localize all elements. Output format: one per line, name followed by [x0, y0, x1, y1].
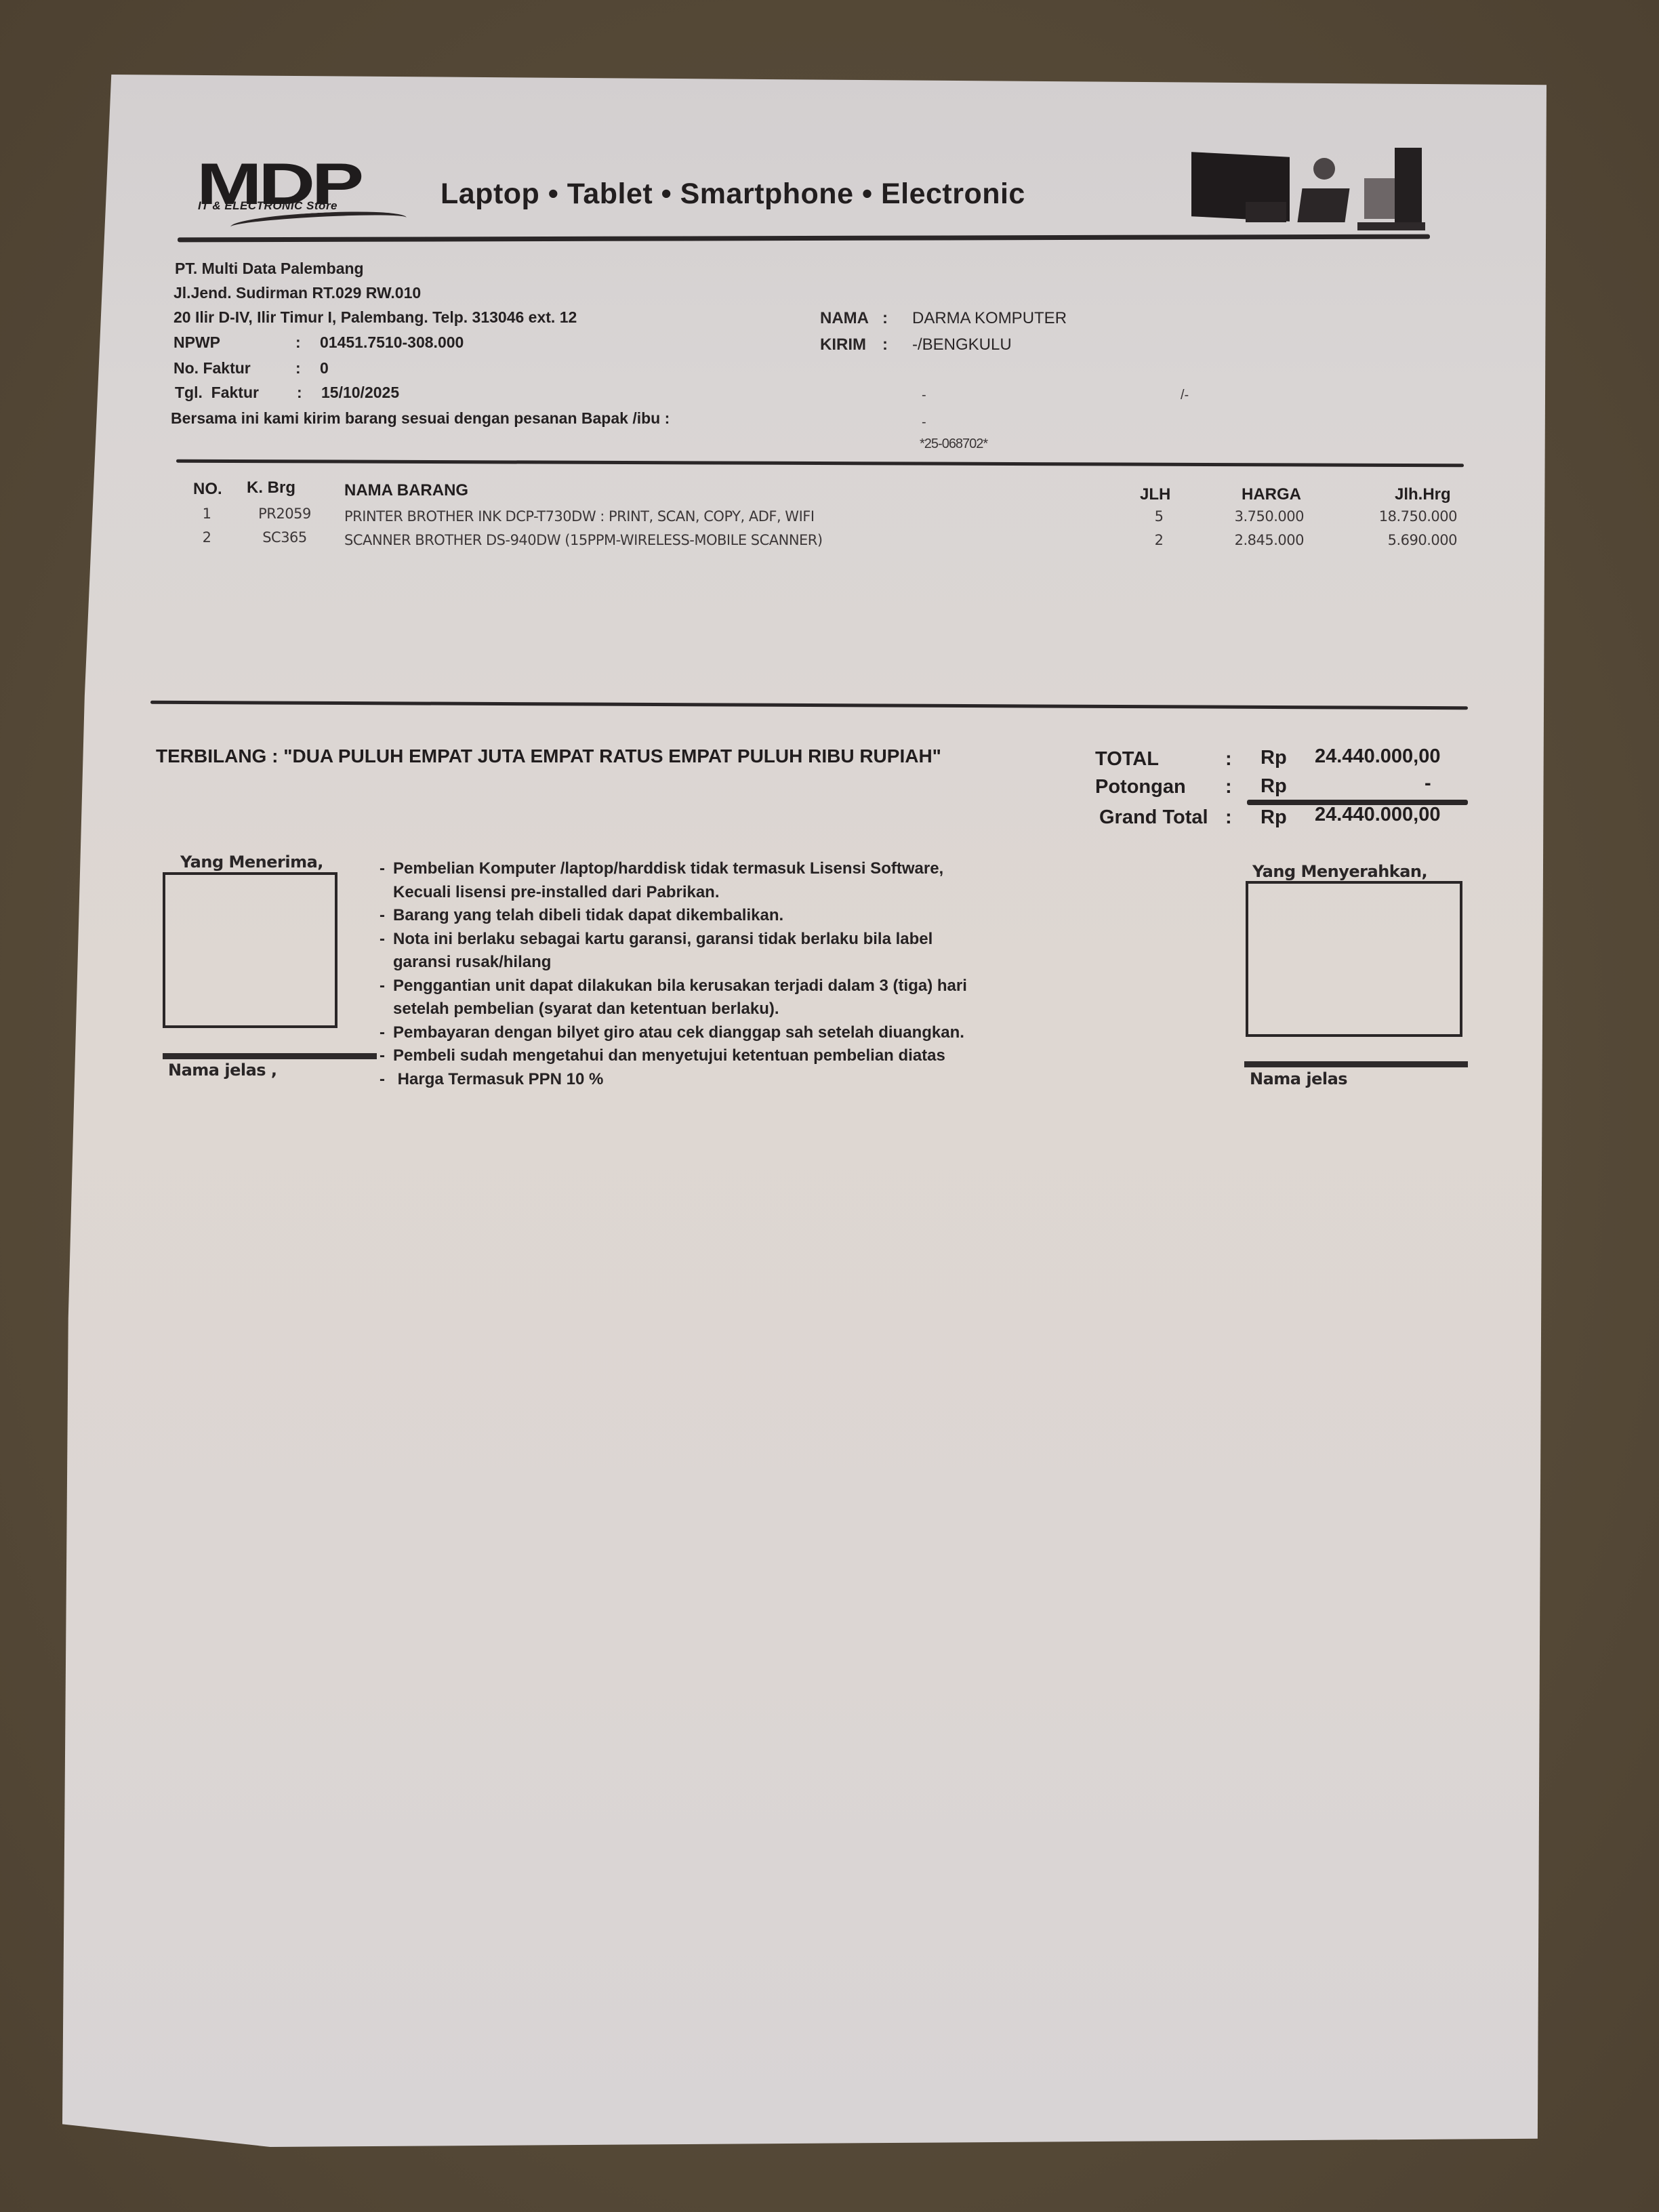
faktur-number-label: No. Faktur [173, 359, 295, 377]
cell-nama: SCANNER BROTHER DS-940DW (15PPM-WIRELESS… [344, 532, 823, 548]
faktur-number-colon: : [295, 359, 320, 377]
store-logo: MDP IT & ELECTRONIC Store [197, 157, 413, 228]
cell-nama: PRINTER BROTHER INK DCP-T730DW : PRINT, … [344, 508, 815, 525]
giver-label: Yang Menyerahkan, [1252, 862, 1427, 881]
printer-icon [1297, 188, 1349, 222]
grand-total-currency: Rp [1261, 806, 1287, 829]
grand-total-colon: : [1225, 806, 1232, 829]
globe-icon [1313, 158, 1335, 180]
col-header-kode: K. Brg [247, 478, 295, 497]
term-item: Pembeli sudah mengetahui dan menyetujui … [380, 1044, 1044, 1068]
term-line: Pembayaran dengan bilyet giro atau cek d… [393, 1021, 1044, 1045]
term-item: Harga Termasuk PPN 10 % [380, 1068, 1044, 1092]
term-item: Pembayaran dengan bilyet giro atau cek d… [380, 1021, 1044, 1045]
discount-label: Potongan [1095, 776, 1186, 798]
products-base-shape [1357, 222, 1425, 230]
cell-harga: 3.750.000 [1206, 508, 1304, 525]
col-header-nama: NAMA BARANG [344, 481, 468, 500]
products-illustration-icon [1191, 148, 1422, 236]
ship-to-label: KIRIM [820, 335, 882, 354]
customer-line4: - [922, 415, 926, 430]
cell-kode: PR2059 [251, 506, 319, 522]
discount-colon: : [1225, 776, 1232, 798]
faktur-date-colon: : [297, 384, 321, 402]
faktur-number-value: 0 [320, 359, 329, 377]
term-line-continued: garansi rusak/hilang [393, 951, 1044, 975]
intro-text: Bersama ini kami kirim barang sesuai den… [171, 409, 670, 428]
cell-jlh: 2 [1145, 532, 1172, 548]
faktur-date-row: Tgl. Faktur:15/10/2025 [175, 384, 399, 402]
giver-signature-box[interactable] [1246, 881, 1462, 1037]
term-line: Barang yang telah dibeli tidak dapat dik… [393, 904, 1044, 928]
term-item: Penggantian unit dapat dilakukan bila ke… [380, 975, 1044, 1021]
npwp-label: NPWP [173, 333, 295, 352]
term-line: Nota ini berlaku sebagai kartu garansi, … [393, 928, 1044, 951]
discount-currency: Rp [1261, 775, 1287, 798]
customer-name-label: NAMA [820, 309, 882, 328]
receiver-name-line [163, 1053, 377, 1059]
amount-in-words: TERBILANG : "DUA PULUH EMPAT JUTA EMPAT … [156, 745, 941, 767]
faktur-date-label: Tgl. Faktur [175, 384, 297, 402]
npwp-colon: : [295, 333, 320, 352]
cell-no: 1 [197, 506, 217, 522]
tv-stand-shape [1246, 202, 1286, 222]
total-label: TOTAL [1095, 748, 1159, 771]
col-header-jlh: JLH [1140, 485, 1170, 504]
term-item: Nota ini berlaku sebagai kartu garansi, … [380, 928, 1044, 975]
receiver-name-label: Nama jelas , [168, 1061, 277, 1080]
term-item: Barang yang telah dibeli tidak dapat dik… [380, 904, 1044, 928]
discount-value: - [1425, 773, 1431, 795]
term-line: Penggantian unit dapat dilakukan bila ke… [393, 975, 1044, 998]
seller-company: PT. Multi Data Palembang [175, 260, 364, 278]
logo-subtitle: IT & ELECTRONIC Store [198, 199, 337, 213]
cell-jumlah: 18.750.000 [1349, 508, 1457, 525]
customer-name: DARMA KOMPUTER [912, 309, 1067, 327]
term-line-continued: Kecuali lisensi pre-installed dari Pabri… [393, 881, 1044, 905]
giver-name-label: Nama jelas [1250, 1069, 1347, 1088]
term-item: Pembelian Komputer /laptop/harddisk tida… [380, 857, 1044, 904]
customer-name-row: NAMA:DARMA KOMPUTER [820, 309, 1067, 328]
customer-line3-right: /- [1181, 388, 1189, 403]
term-line: Pembelian Komputer /laptop/harddisk tida… [393, 857, 1044, 881]
giver-name-line [1244, 1061, 1468, 1067]
term-line: Pembeli sudah mengetahui dan menyetujui … [393, 1044, 1044, 1068]
seller-address-1: Jl.Jend. Sudirman RT.029 RW.010 [173, 284, 421, 302]
term-line-continued: setelah pembelian (syarat dan ketentuan … [393, 998, 1044, 1021]
grand-total-value: 24.440.000,00 [1315, 804, 1440, 826]
col-header-jumlah: Jlh.Hrg [1395, 485, 1451, 504]
cell-harga: 2.845.000 [1206, 532, 1304, 548]
total-colon: : [1225, 748, 1232, 771]
seller-address-2: 20 Ilir D-IV, Ilir Timur I, Palembang. T… [173, 308, 577, 327]
term-line: Harga Termasuk PPN 10 % [393, 1068, 1044, 1092]
total-value: 24.440.000,00 [1315, 745, 1440, 768]
reference-code: *25-068702* [920, 436, 987, 452]
receiver-signature-box[interactable] [163, 872, 337, 1028]
customer-name-colon: : [882, 309, 912, 328]
cabinet-icon [1395, 148, 1422, 229]
cell-jlh: 5 [1145, 508, 1172, 525]
store-tagline: Laptop • Tablet • Smartphone • Electroni… [441, 178, 1025, 211]
col-header-harga: HARGA [1242, 485, 1301, 504]
ship-to-row: KIRIM:-/BENGKULU [820, 335, 1012, 354]
terms-list: Pembelian Komputer /laptop/harddisk tida… [380, 857, 1044, 1091]
receiver-label: Yang Menerima, [180, 853, 323, 872]
faktur-date-value: 15/10/2025 [321, 384, 399, 401]
npwp-value: 01451.7510-308.000 [320, 333, 464, 351]
ship-to-colon: : [882, 335, 912, 354]
customer-line3-left: - [922, 388, 926, 403]
faktur-number-row: No. Faktur:0 [173, 359, 329, 377]
total-currency: Rp [1261, 747, 1287, 769]
col-header-no: NO. [193, 480, 222, 499]
cell-kode: SC365 [251, 529, 319, 546]
cell-jumlah: 5.690.000 [1349, 532, 1457, 548]
cell-no: 2 [197, 529, 217, 546]
npwp-row: NPWP:01451.7510-308.000 [173, 333, 464, 352]
ship-to-value: -/BENGKULU [912, 335, 1012, 354]
grand-total-label: Grand Total [1099, 806, 1208, 829]
